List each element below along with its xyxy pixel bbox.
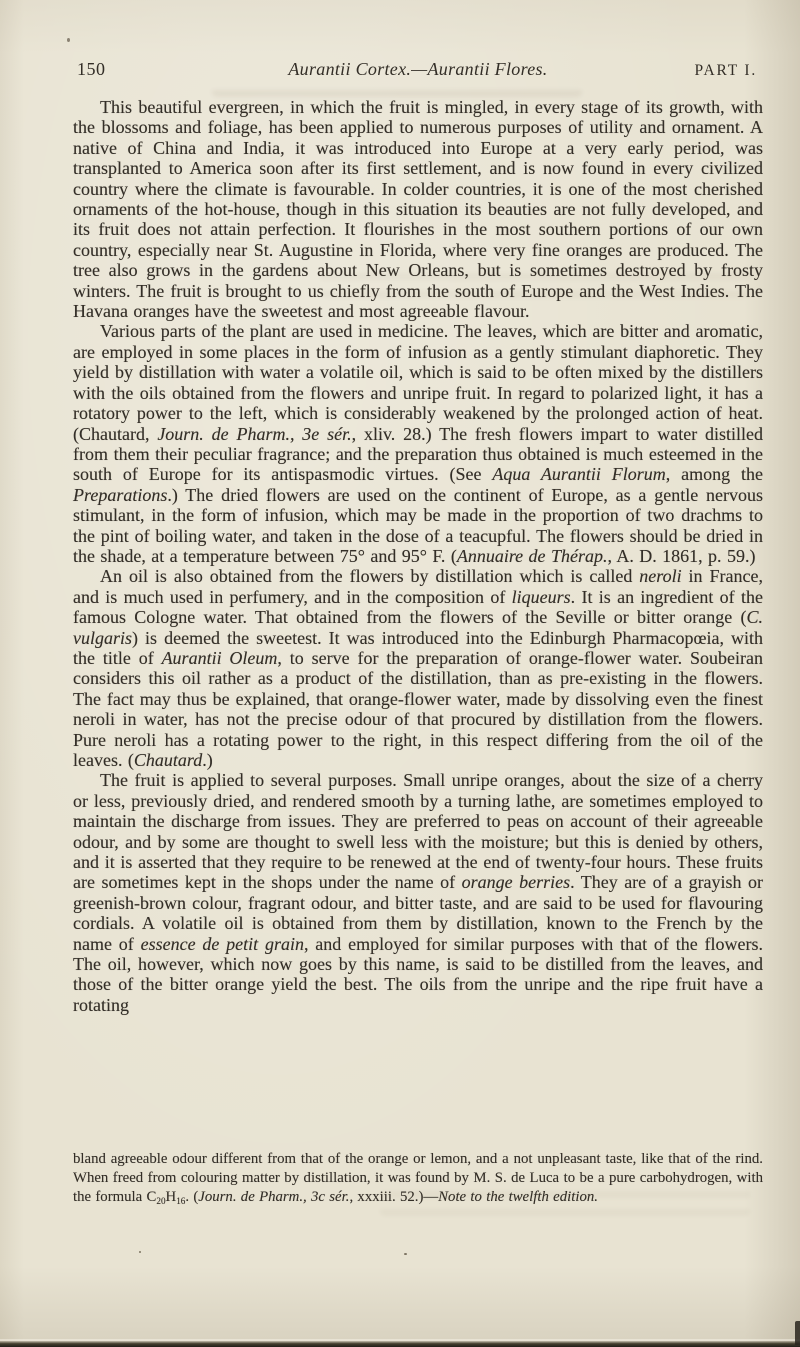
paragraph: This beautiful evergreen, in which the f… (73, 97, 763, 321)
text-segment: An oil is also obtained from the flowers… (100, 566, 639, 586)
text-segment: essence de petit grain (141, 934, 304, 954)
ink-speck (67, 38, 70, 42)
text-segment: , among the (666, 464, 763, 484)
page-header: 150 Aurantii Cortex.—Aurantii Flores. PA… (73, 58, 763, 82)
text-segment: Chautard (134, 750, 202, 770)
text-segment: , xxxiii. 52.)— (349, 1189, 438, 1205)
paragraph: Various parts of the plant are used in m… (73, 321, 763, 566)
page-bottom-edge (0, 1341, 800, 1347)
text-segment: , A. D. 1861, p. 59.) (607, 546, 755, 566)
text-segment: Annuaire de Thérap. (457, 546, 608, 566)
text-segment: Aurantii Oleum (162, 648, 278, 668)
show-through-ghost (212, 83, 582, 97)
text-segment: 20 (156, 1196, 165, 1206)
text-segment: Journ. de Pharm., 3c sér. (198, 1189, 349, 1205)
page-number: 150 (77, 58, 106, 80)
text-segment: neroli (639, 566, 681, 586)
part-label: PART I. (695, 60, 758, 82)
ink-speck (139, 1251, 141, 1253)
text-segment: Preparations (73, 485, 167, 505)
text-segment: 16 (176, 1196, 185, 1206)
text-segment: liqueurs (512, 587, 571, 607)
running-title: Aurantii Cortex.—Aurantii Flores. (288, 58, 547, 80)
text-segment: H (166, 1189, 177, 1205)
text-segment: Journ. de Pharm., 3e sér. (157, 424, 351, 444)
footnote: bland agreeable odour different from tha… (73, 1150, 763, 1208)
text-segment: Aqua Aurantii Florum (492, 464, 665, 484)
text-segment: Note to the twelfth edition. (438, 1189, 598, 1205)
text-segment: This beautiful evergreen, in which the f… (73, 97, 763, 321)
text-segment: . ( (185, 1189, 198, 1205)
text-segment: .) (202, 750, 213, 770)
ink-speck (404, 1253, 407, 1255)
page-corner-shadow (795, 1321, 800, 1345)
footnote-text: bland agreeable odour different from tha… (73, 1151, 763, 1205)
text-segment: orange berries (462, 872, 570, 892)
paragraph: An oil is also obtained from the flowers… (73, 566, 763, 770)
book-page: 150 Aurantii Cortex.—Aurantii Flores. PA… (0, 0, 800, 1347)
page-body: This beautiful evergreen, in which the f… (73, 97, 763, 1015)
paragraph: The fruit is applied to several purposes… (73, 770, 763, 1015)
